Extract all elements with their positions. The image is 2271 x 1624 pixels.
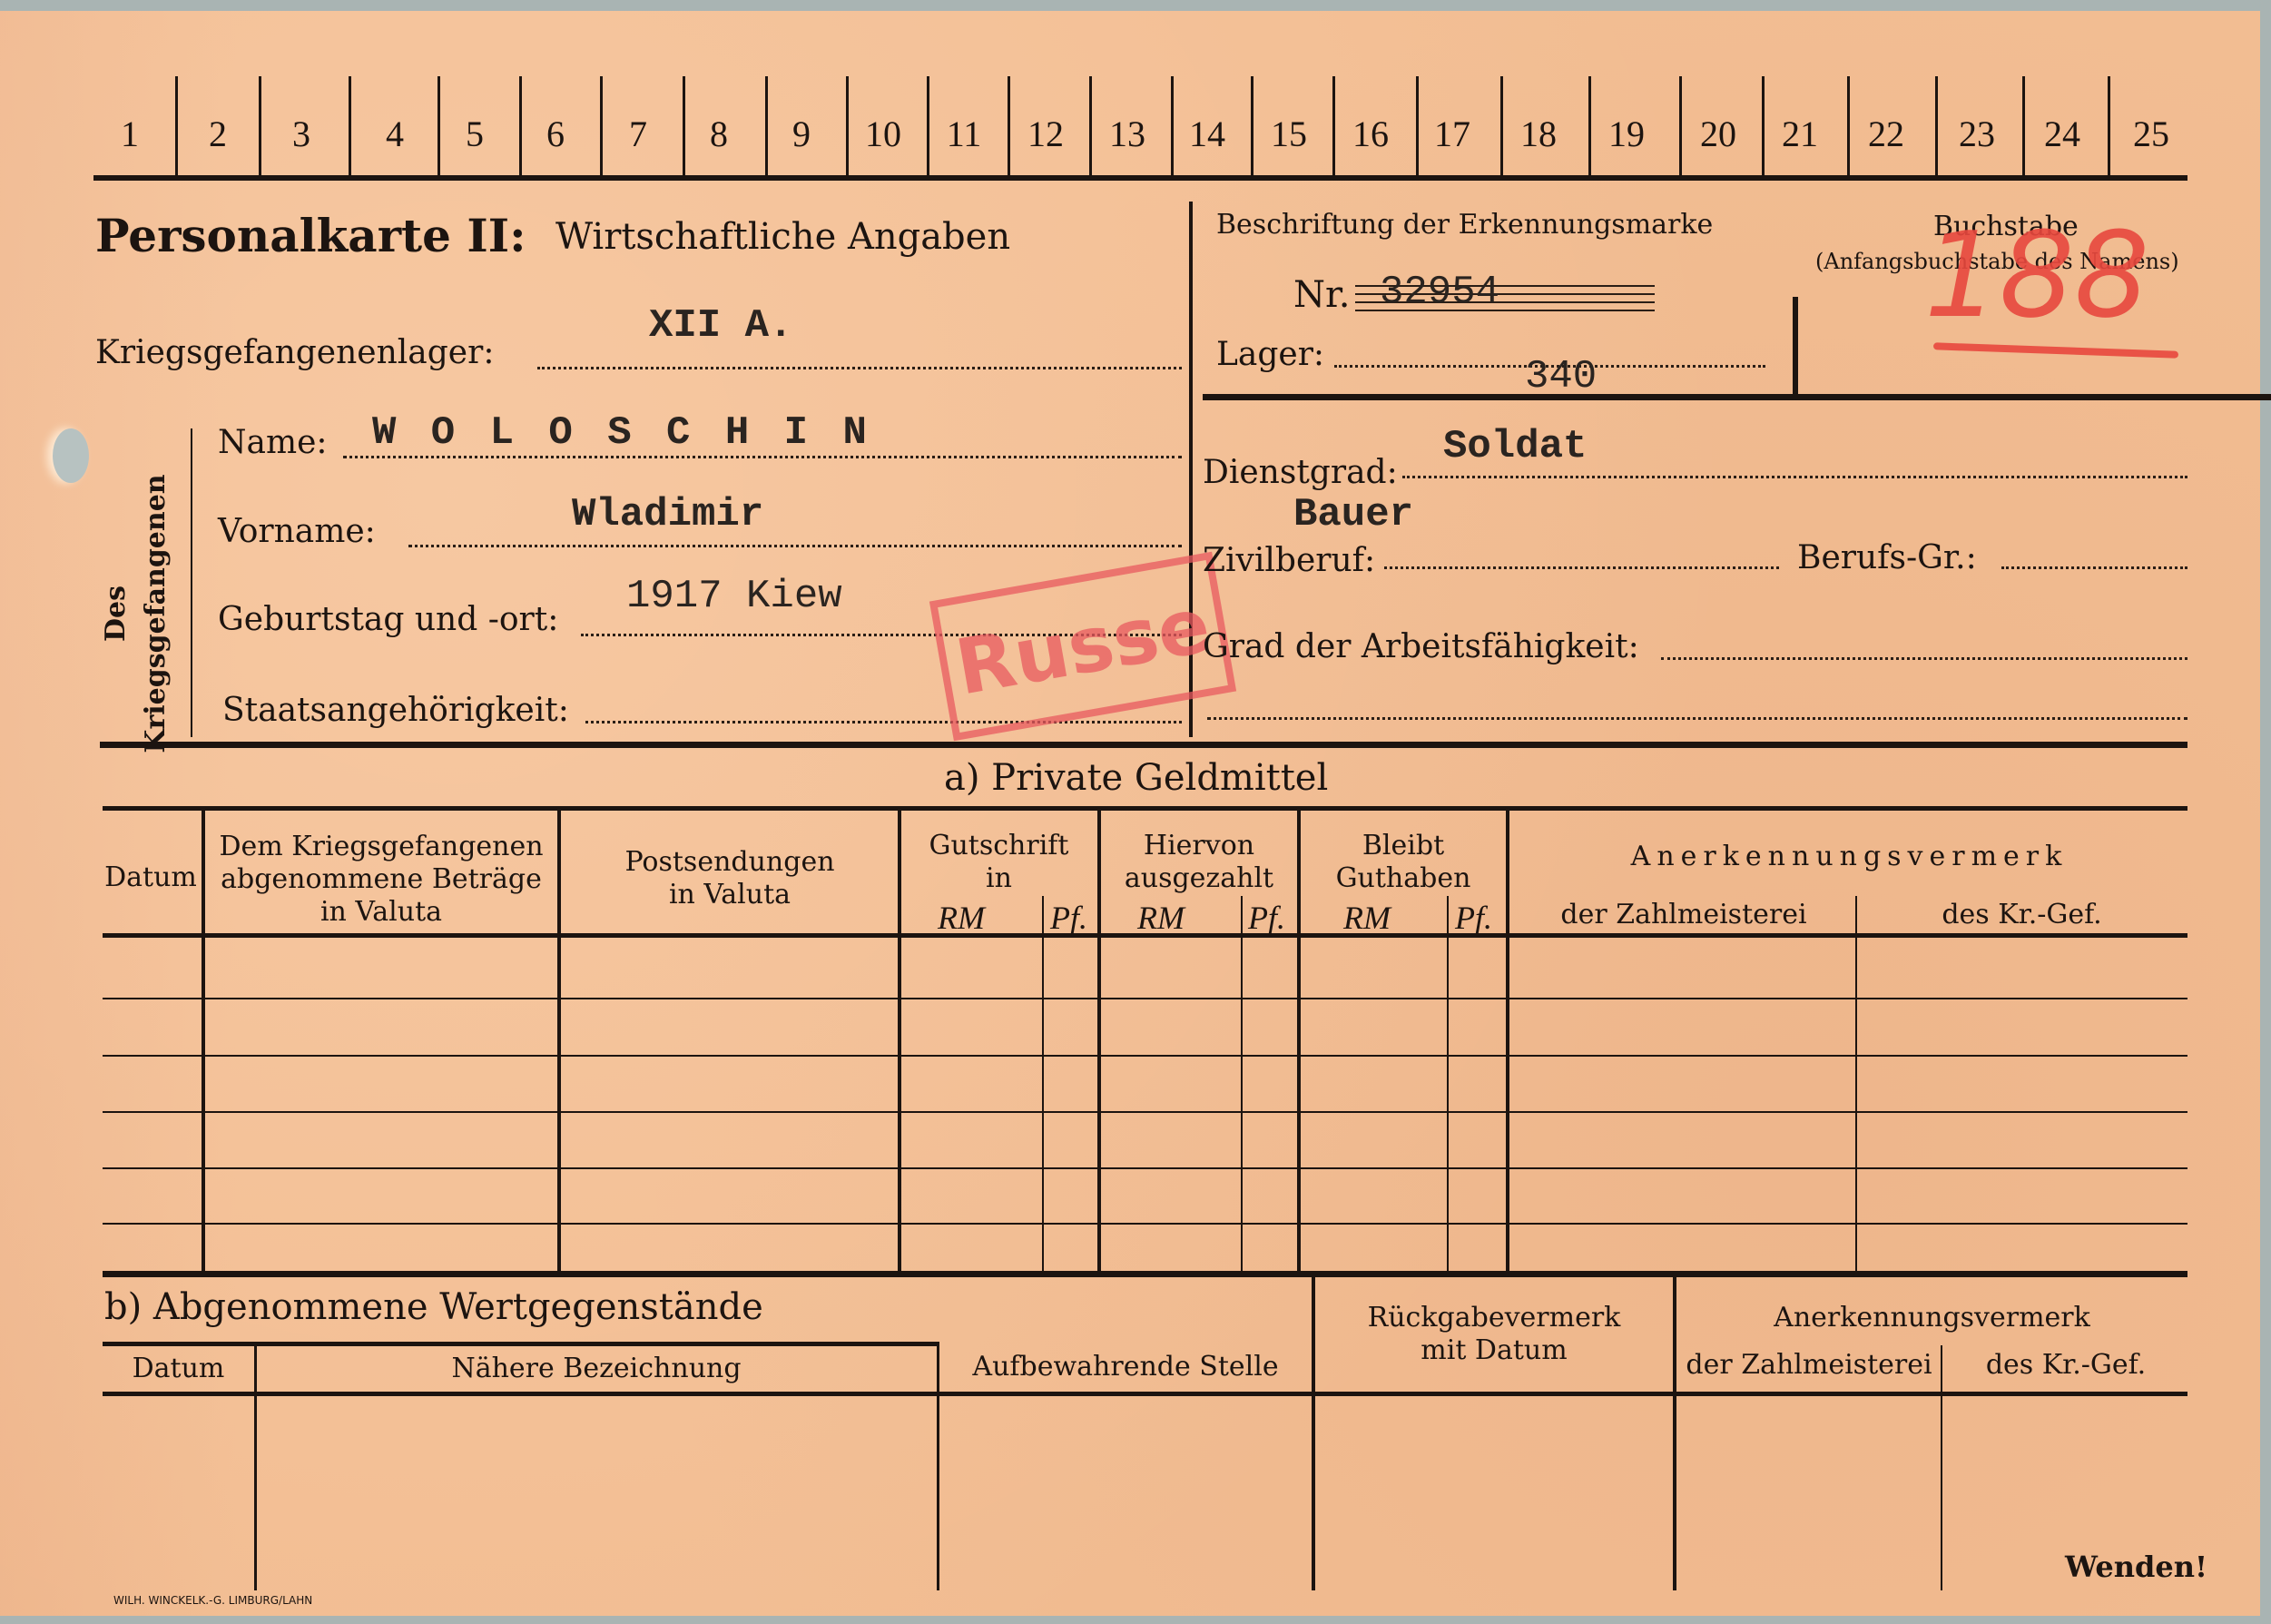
berufs-gr-label: Berufs-Gr.: [1797,539,1977,576]
zivilberuf-value: Bauer [1293,492,1413,537]
strip-number: 18 [1502,113,1575,155]
col-datum: Datum [100,861,202,894]
strip-number: 19 [1590,113,1663,155]
strip-number: 14 [1171,113,1244,155]
zivilberuf-label: Zivilberuf: [1203,542,1375,579]
name-value: W O L O S C H I N [372,410,872,456]
col-zahlmeisterei: der Zahlmeisterei [1511,899,1856,931]
strip-number: 15 [1253,113,1325,155]
b-col-rueckgabe: Rückgabevermerk mit Datum [1315,1302,1673,1367]
side-label-line2: Kriegsgefangenen [136,468,176,759]
side-label: Des Kriegsgefangenen [100,447,182,737]
punch-hole [53,428,89,483]
strip-number: 8 [683,113,755,155]
col-krgef: des Kr.-Gef. [1856,899,2187,931]
lager-label: Kriegsgefangenenlager: [95,334,494,371]
rm-label: RM [1343,899,1391,937]
printer-imprint: WILH. WINCKELK.-G. LIMBURG/LAHN [113,1594,312,1607]
name-label: Name: [218,424,328,461]
strip-number: 25 [2115,113,2187,155]
wenden-note: Wenden! [2065,1550,2207,1584]
section-b-title: b) Abgenommene Wertgegenstände [104,1286,763,1328]
marke-lager-value: 340 [1525,354,1597,399]
dienstgrad-label: Dienstgrad: [1203,454,1398,491]
geburt-label: Geburtstag und -ort: [218,601,558,638]
prisoner-record-card: 1 2 3 4 5 6 7 8 9 10 11 12 13 14 15 16 1… [0,11,2260,1616]
lager-value: XII A. [649,303,792,349]
b-col-stelle: Aufbewahrende Stelle [939,1351,1312,1383]
dienstgrad-value: Soldat [1443,424,1587,469]
strip-number: 11 [928,113,1000,155]
b-col-zahlmeisterei: der Zahlmeisterei [1676,1349,1942,1382]
table-row [103,1055,2187,1057]
strip-number: 10 [847,113,919,155]
strip-number: 3 [265,113,338,155]
strip-number: 9 [765,113,838,155]
table-row [103,1223,2187,1225]
strip-number: 7 [602,113,674,155]
col-bleibt: Bleibt Guthaben [1300,830,1507,895]
col-anerkennung: Anerkennungsvermerk [1511,841,2187,873]
b-col-datum: Datum [103,1353,254,1385]
b-col-krgef: des Kr.-Gef. [1944,1349,2187,1382]
strip-number: 22 [1850,113,1922,155]
card-title: Personalkarte II: [95,209,526,262]
table-row [103,998,2187,999]
strip-number: 17 [1416,113,1489,155]
staat-label: Staatsangehörigkeit: [222,692,569,729]
strip-number: 12 [1009,113,1082,155]
card-subtitle: Wirtschaftliche Angaben [555,216,1010,258]
nr-value: 32954 [1380,270,1499,315]
nr-label: Nr. [1293,274,1350,316]
pf-label: Pf. [1050,899,1087,937]
strip-number: 4 [359,113,431,155]
vorname-value: Wladimir [572,492,763,537]
pf-label: Pf. [1455,899,1492,937]
b-col-anerkennung: Anerkennungsvermerk [1676,1302,2187,1334]
strip-number: 13 [1091,113,1164,155]
section-a-title: a) Private Geldmittel [944,757,1328,799]
strip-number: 24 [2026,113,2099,155]
buchstabe-value: 188 [1924,206,2149,344]
red-underline [1933,342,2178,358]
strip-number: 20 [1682,113,1755,155]
pf-label: Pf. [1248,899,1285,937]
strip-number: 21 [1764,113,1836,155]
strip-number: 23 [1941,113,2013,155]
geburt-value: 1917 Kiew [626,574,842,619]
col-gutschrift: Gutschrift in [901,830,1096,895]
marke-lager-label: Lager: [1216,336,1324,373]
b-col-bezeichnung: Nähere Bezeichnung [256,1353,937,1385]
strip-number: 16 [1334,113,1407,155]
strip-number: 2 [182,113,254,155]
table-row [103,1111,2187,1113]
table-row [103,1167,2187,1169]
rm-label: RM [938,899,985,937]
strip-number: 1 [93,113,166,155]
arbeit-label: Grad der Arbeitsfähigkeit: [1203,628,1639,665]
col-hiervon: Hiervon ausgezahlt [1100,830,1298,895]
vorname-label: Vorname: [218,513,376,550]
strip-number: 6 [519,113,592,155]
side-label-line1: Des [96,468,136,759]
col-abgenommen: Dem Kriegsgefangenen abgenommene Beträge… [204,831,558,929]
rm-label: RM [1137,899,1185,937]
erkennungsmarke-heading: Beschriftung der Erkennungsmarke [1216,209,1713,241]
col-post: Postsendungen in Valuta [561,846,899,911]
strip-number: 5 [438,113,511,155]
